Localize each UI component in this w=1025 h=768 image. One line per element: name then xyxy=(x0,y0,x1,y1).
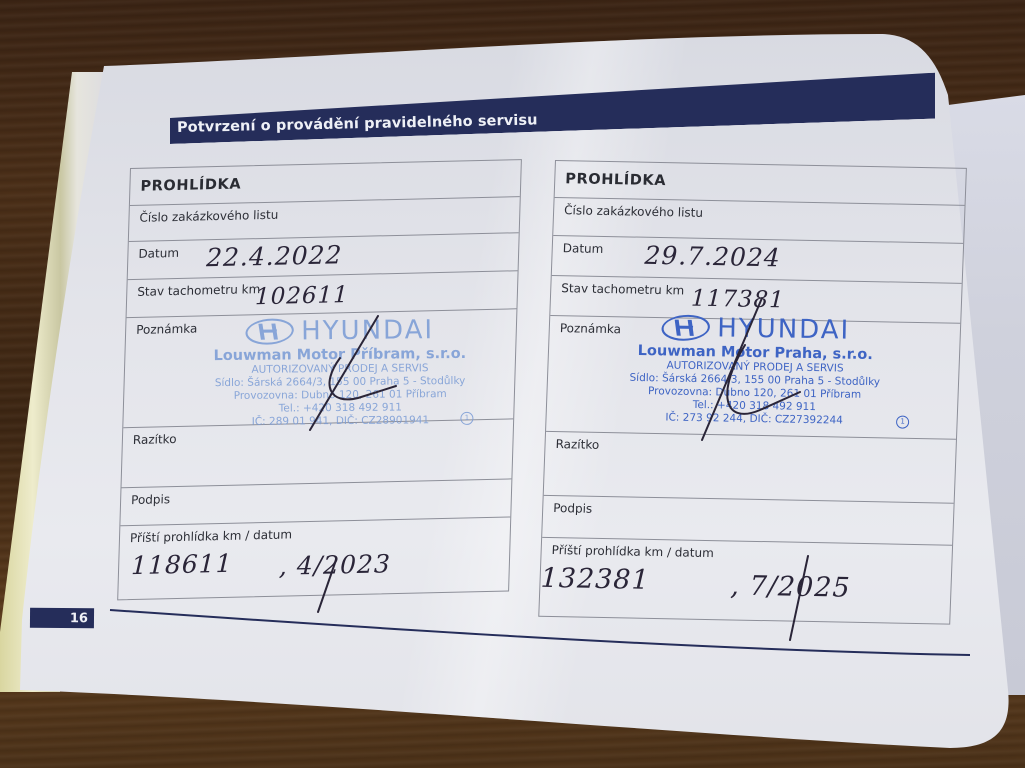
footer-rule xyxy=(0,0,1025,768)
